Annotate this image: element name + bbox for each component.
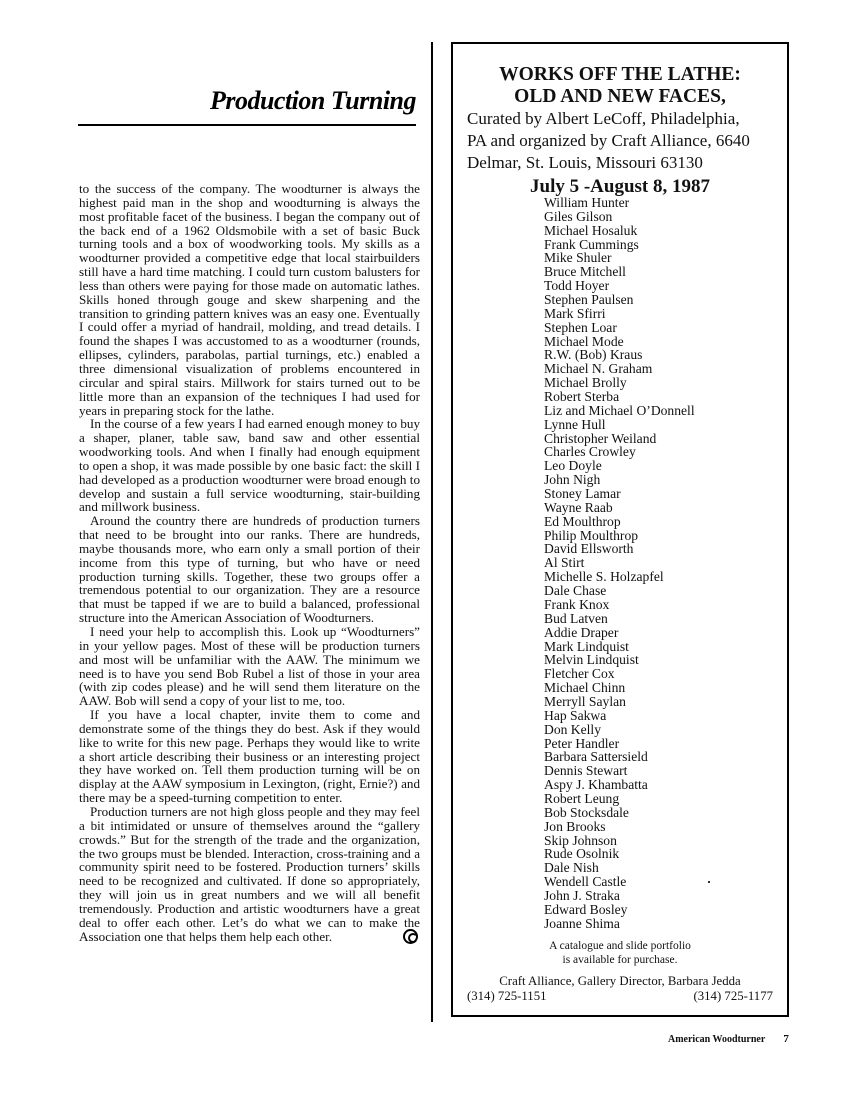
- exhibition-title-line-1: WORKS OFF THE LATHE:: [453, 64, 787, 86]
- artist-name: Skip Johnson: [544, 834, 695, 848]
- artist-name: Dale Chase: [544, 584, 695, 598]
- page-footer: American Woodturner7: [668, 1033, 789, 1045]
- contact-info: Craft Alliance, Gallery Director, Barbar…: [467, 974, 773, 1003]
- artist-name: Peter Handler: [544, 737, 695, 751]
- contact-line: Craft Alliance, Gallery Director, Barbar…: [467, 974, 773, 989]
- artist-name: Michael Brolly: [544, 376, 695, 390]
- artist-name: Robert Sterba: [544, 390, 695, 404]
- page-number: 7: [783, 1033, 789, 1045]
- artist-name: Dale Nish: [544, 861, 695, 875]
- artist-name: Melvin Lindquist: [544, 653, 695, 667]
- artist-name: Stoney Lamar: [544, 487, 695, 501]
- artist-name: Liz and Michael O’Donnell: [544, 404, 695, 418]
- artist-name: Addie Draper: [544, 626, 695, 640]
- catalogue-line-1: A catalogue and slide portfolio: [453, 940, 787, 954]
- article-paragraph-last: Production turners are not high gloss pe…: [79, 805, 420, 943]
- artist-name: Christopher Weiland: [544, 432, 695, 446]
- artist-name: Mark Lindquist: [544, 640, 695, 654]
- artist-name: Philip Moulthrop: [544, 529, 695, 543]
- phone-numbers: (314) 725-1151 (314) 725-1177: [467, 989, 773, 1004]
- artist-name: R.W. (Bob) Kraus: [544, 348, 695, 362]
- artist-name: Al Stirt: [544, 556, 695, 570]
- artist-name: Don Kelly: [544, 723, 695, 737]
- artist-name: Wayne Raab: [544, 501, 695, 515]
- artist-name: Charles Crowley: [544, 445, 695, 459]
- artist-name: Mike Shuler: [544, 251, 695, 265]
- artist-name: Dennis Stewart: [544, 764, 695, 778]
- artist-name: Barbara Sattersield: [544, 750, 695, 764]
- curator-line-2: PA and organized by Craft Alliance, 6640: [467, 130, 781, 152]
- artist-name: Merryll Saylan: [544, 695, 695, 709]
- exhibition-title-line-2: OLD AND NEW FACES,: [453, 86, 787, 108]
- artist-name: Fletcher Cox: [544, 667, 695, 681]
- artist-name: Todd Hoyer: [544, 279, 695, 293]
- artist-name: John J. Straka: [544, 889, 695, 903]
- artist-name: Leo Doyle: [544, 459, 695, 473]
- artist-name: Wendell Castle: [544, 875, 695, 889]
- phone-right: (314) 725-1177: [694, 989, 774, 1004]
- article-title: Production Turning: [78, 86, 416, 116]
- catalogue-note: A catalogue and slide portfolio is avail…: [453, 940, 787, 967]
- aaw-logo-end-mark-icon: [403, 929, 418, 944]
- artist-name: Ed Moulthrop: [544, 515, 695, 529]
- article-body: to the success of the company. The woodt…: [79, 182, 420, 944]
- article-paragraph: If you have a local chapter, invite them…: [79, 708, 420, 805]
- curator-line-3: Delmar, St. Louis, Missouri 63130: [467, 152, 781, 174]
- artist-name: Michael Mode: [544, 335, 695, 349]
- artist-name: Robert Leung: [544, 792, 695, 806]
- artist-name: Michelle S. Holzapfel: [544, 570, 695, 584]
- artist-list: William Hunter Giles Gilson Michael Hosa…: [544, 196, 695, 931]
- article-paragraph: In the course of a few years I had earne…: [79, 417, 420, 514]
- phone-left: (314) 725-1151: [467, 989, 547, 1004]
- artist-name: Lynne Hull: [544, 418, 695, 432]
- artist-name: Hap Sakwa: [544, 709, 695, 723]
- artist-name: Bob Stocksdale: [544, 806, 695, 820]
- artist-name: Frank Knox: [544, 598, 695, 612]
- artist-name: David Ellsworth: [544, 542, 695, 556]
- curator-line-1: Curated by Albert LeCoff, Philadelphia,: [467, 108, 781, 130]
- artist-name: Stephen Paulsen: [544, 293, 695, 307]
- exhibition-title: WORKS OFF THE LATHE: OLD AND NEW FACES,: [453, 64, 787, 108]
- article-paragraph: I need your help to accomplish this. Loo…: [79, 625, 420, 708]
- artist-name: Michael Hosaluk: [544, 224, 695, 238]
- artist-name: Edward Bosley: [544, 903, 695, 917]
- article-paragraph: to the success of the company. The woodt…: [79, 182, 420, 417]
- artist-name: Michael N. Graham: [544, 362, 695, 376]
- artist-name: Rude Osolnik: [544, 847, 695, 861]
- print-speck: [708, 881, 710, 883]
- article-paragraph: Around the country there are hundreds of…: [79, 514, 420, 625]
- exhibition-curator-info: Curated by Albert LeCoff, Philadelphia, …: [467, 108, 781, 174]
- publication-name: American Woodturner: [668, 1034, 765, 1045]
- title-rule: [78, 124, 416, 126]
- catalogue-line-2: is available for purchase.: [453, 954, 787, 968]
- artist-name: Bruce Mitchell: [544, 265, 695, 279]
- artist-name: Jon Brooks: [544, 820, 695, 834]
- artist-name: Aspy J. Khambatta: [544, 778, 695, 792]
- artist-name: Giles Gilson: [544, 210, 695, 224]
- artist-name: William Hunter: [544, 196, 695, 210]
- artist-name: Bud Latven: [544, 612, 695, 626]
- artist-name: Stephen Loar: [544, 321, 695, 335]
- artist-name: Michael Chinn: [544, 681, 695, 695]
- artist-name: John Nigh: [544, 473, 695, 487]
- article-paragraph-text: Production turners are not high gloss pe…: [79, 804, 420, 944]
- artist-name: Frank Cummings: [544, 238, 695, 252]
- exhibition-announcement-box: WORKS OFF THE LATHE: OLD AND NEW FACES, …: [451, 42, 789, 1017]
- artist-name: Joanne Shima: [544, 917, 695, 931]
- artist-name: Mark Sfirri: [544, 307, 695, 321]
- column-divider: [431, 42, 433, 1022]
